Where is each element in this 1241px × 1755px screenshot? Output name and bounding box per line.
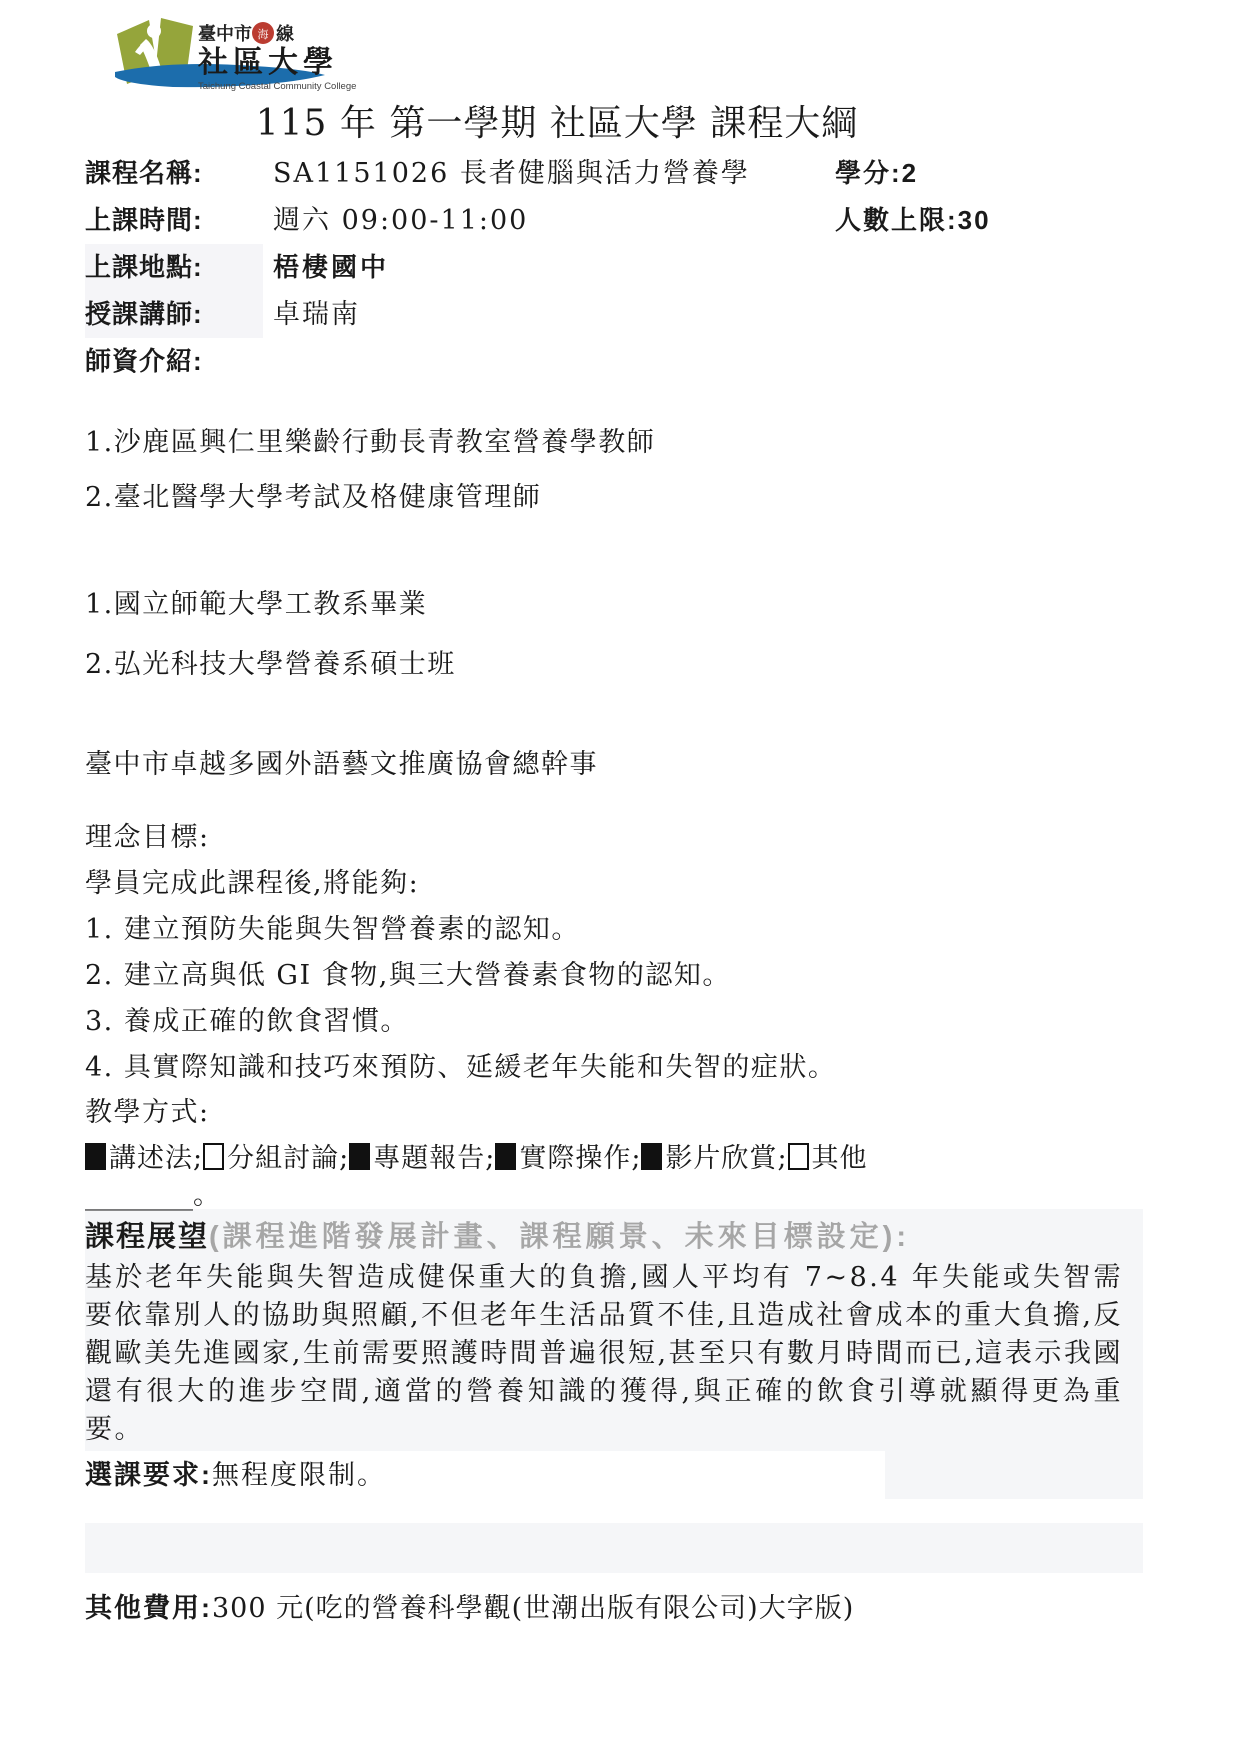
checkbox-icon: [495, 1143, 516, 1170]
method-label: 專題報告: [373, 1143, 485, 1174]
education-item: 2.弘光科技大學營養系碩士班: [85, 635, 1145, 695]
method-label: 影片欣賞: [665, 1143, 777, 1174]
location-row: 上課地點:梧棲國中: [85, 244, 1145, 291]
college-logo: 臺中市 海 線 社區大學 Taichung Coastal Community …: [113, 12, 363, 96]
course-outlook-heading-main: 課程展望: [85, 1221, 209, 1253]
instructor-label: 授課講師:: [85, 291, 263, 338]
syllabus-page: 臺中市 海 線 社區大學 Taichung Coastal Community …: [0, 0, 1241, 1755]
other-fees-row: 其他費用:300 元(吃的營養科學觀(世潮出版有限公司)大字版): [85, 1587, 1145, 1629]
page-title: 115 年 第一學期 社區大學 課程大綱: [85, 102, 1029, 146]
teaching-methods-line: 講述法;分組討論;專題報告;實際操作;影片欣賞;其他: [85, 1135, 1145, 1183]
course-info-table: 課程名稱:SA1151026 長者健腦與活力營養學 學分:2 上課時間:週六 0…: [85, 150, 1145, 385]
other-fees-value: 300 元(吃的營養科學觀(世潮出版有限公司)大字版): [212, 1593, 854, 1624]
course-outlook-heading: 課程展望(課程進階發展計畫、課程願景、未來目標設定):: [85, 1215, 1143, 1259]
checkbox-icon: [788, 1143, 809, 1170]
separator: ;: [339, 1143, 349, 1174]
experience-item: 2.臺北醫學大學考試及格健康管理師: [85, 470, 1145, 525]
separator: ;: [485, 1143, 495, 1174]
separator: ;: [631, 1143, 641, 1174]
education-item: 1.國立師範大學工教系畢業: [85, 575, 1145, 635]
goal-item: 3. 養成正確的飲食習慣。: [85, 999, 1145, 1045]
credits-value: 2: [902, 158, 918, 188]
class-time-row: 上課時間:週六 09:00-11:00 人數上限:30: [85, 197, 1145, 244]
instructor-intro-heading: 師資介紹:: [85, 338, 263, 385]
capacity-field: 人數上限:30: [835, 197, 991, 244]
other-title-item: 臺中市卓越多國外語藝文推廣協會總幹事: [85, 735, 1145, 795]
logo-region-text: 臺中市: [198, 23, 252, 45]
instructor-intro-section: 1.沙鹿區興仁里樂齡行動長青教室營養學教師 2.臺北醫學大學考試及格健康管理師 …: [85, 415, 1145, 795]
checkbox-icon: [203, 1143, 224, 1170]
course-requirements-value: 無程度限制。: [212, 1460, 386, 1491]
other-fees-label: 其他費用:: [85, 1593, 212, 1623]
course-outlook-heading-note: (課程進階發展計畫、課程願景、未來目標設定):: [209, 1221, 910, 1253]
method-item: 專題報告: [349, 1143, 485, 1174]
location-label: 上課地點:: [85, 244, 263, 291]
logo-org-name-en: Taichung Coastal Community College: [198, 81, 356, 92]
teaching-methods-heading: 教學方式:: [85, 1091, 1145, 1135]
course-name-row: 課程名稱:SA1151026 長者健腦與活力營養學 學分:2: [85, 150, 1145, 197]
class-time-value: 週六 09:00-11:00: [263, 205, 528, 236]
method-label: 講述法: [109, 1143, 193, 1174]
goal-item: 2. 建立高與低 GI 食物,與三大營養素食物的認知。: [85, 953, 1145, 999]
course-outlook-body: 基於老年失能與失智造成健保重大的負擔,國人平均有 7~8.4 年失能或失智需要依…: [85, 1259, 1143, 1449]
course-name-value: SA1151026 長者健腦與活力營養學: [263, 158, 750, 189]
method-label: 實際操作: [519, 1143, 631, 1174]
capacity-value: 30: [958, 205, 991, 235]
method-label: 分組討論: [227, 1143, 339, 1174]
goal-item: 4. 具實際知識和技巧來預防、延緩老年失能和失智的症狀。: [85, 1045, 1145, 1091]
separator: ;: [193, 1143, 203, 1174]
seal-character: 海: [258, 27, 269, 41]
method-item: 實際操作: [495, 1143, 631, 1174]
capacity-label: 人數上限:: [835, 205, 958, 235]
location-value: 梧棲國中: [263, 252, 389, 282]
goals-intro: 學員完成此課程後,將能夠:: [85, 861, 1145, 907]
course-outlook-section: 課程展望(課程進階發展計畫、課程願景、未來目標設定): 基於老年失能與失智造成健…: [85, 1209, 1143, 1499]
class-time-label: 上課時間:: [85, 197, 263, 244]
logo-org-name: 社區大學: [198, 45, 338, 80]
method-item: 講述法: [85, 1143, 193, 1174]
other-method-blank: ________。: [85, 1183, 1145, 1209]
instructor-value: 卓瑞南: [263, 299, 360, 330]
method-item: 影片欣賞: [641, 1143, 777, 1174]
spacer: [85, 695, 1145, 735]
method-item: 分組討論: [203, 1143, 339, 1174]
course-name-label: 課程名稱:: [85, 150, 263, 197]
goal-item: 1. 建立預防失能與失智營養素的認知。: [85, 907, 1145, 953]
checkbox-icon: [85, 1143, 106, 1170]
instructor-intro-heading-row: 師資介紹:: [85, 338, 1145, 385]
course-requirements-field: 選課要求:無程度限制。: [85, 1451, 885, 1499]
course-requirements-row: 選課要求:無程度限制。: [85, 1451, 1143, 1499]
separator: ;: [777, 1143, 787, 1174]
checkbox-icon: [641, 1143, 662, 1170]
credits-label: 學分:: [835, 158, 902, 188]
goals-heading: 理念目標:: [85, 815, 1145, 861]
experience-item: 1.沙鹿區興仁里樂齡行動長青教室營養學教師: [85, 415, 1145, 470]
instructor-row: 授課講師:卓瑞南: [85, 291, 1145, 338]
logo-line-suffix: 線: [275, 23, 294, 45]
course-requirements-label: 選課要求:: [85, 1460, 212, 1490]
spacer: [85, 525, 1145, 575]
method-item: 其他: [788, 1143, 868, 1174]
college-logo-graphic: 臺中市 海 線 社區大學 Taichung Coastal Community …: [113, 12, 363, 96]
empty-shaded-bar: [85, 1523, 1143, 1573]
goals-section: 理念目標: 學員完成此課程後,將能夠: 1. 建立預防失能與失智營養素的認知。 …: [85, 815, 1145, 1091]
method-label: 其他: [812, 1143, 868, 1174]
checkbox-icon: [349, 1143, 370, 1170]
credits-field: 學分:2: [835, 150, 918, 197]
